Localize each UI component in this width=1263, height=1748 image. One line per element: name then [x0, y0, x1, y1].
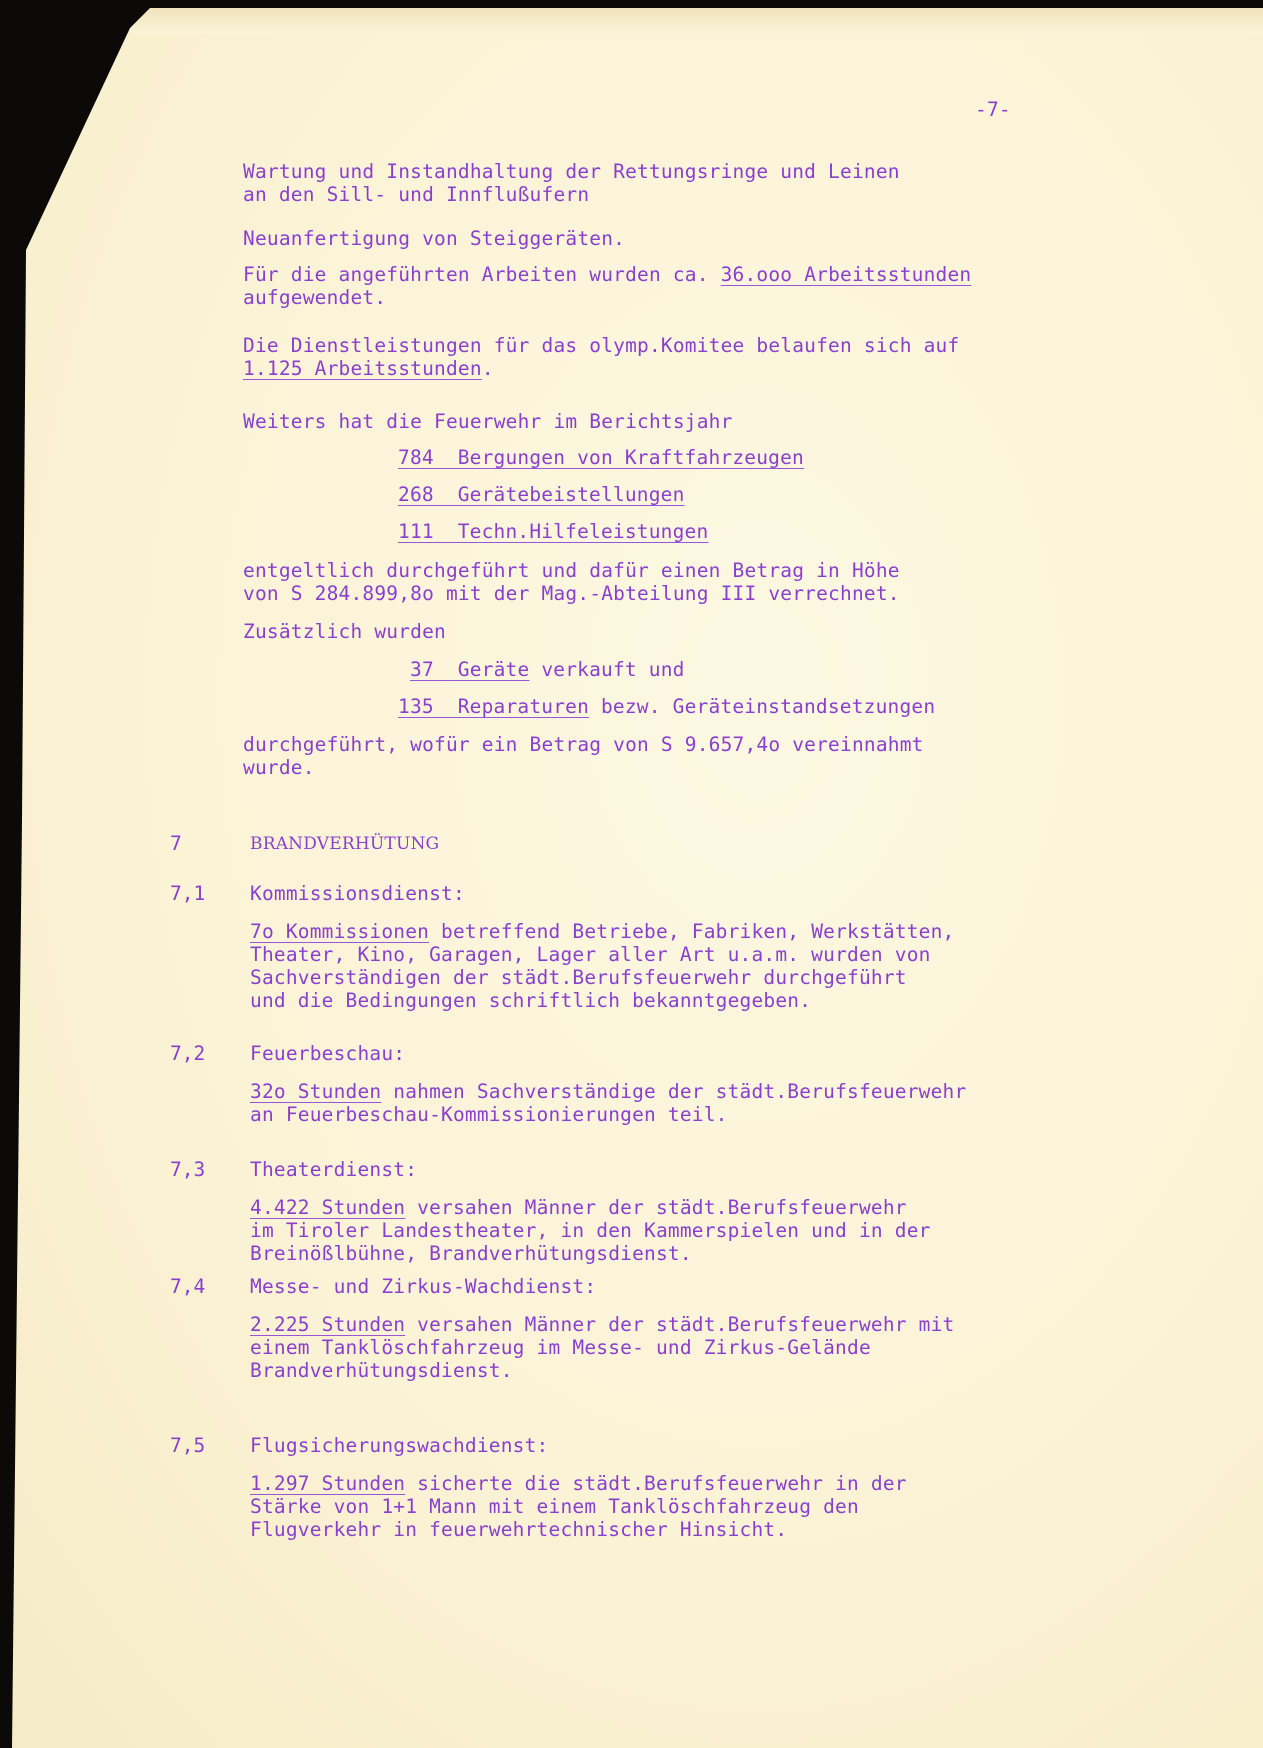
subsection-title: Kommissionsdienst: [250, 882, 465, 906]
page-fold-edge [130, 8, 1263, 34]
subsection-text: und die Bedingungen schriftlich bekanntg… [250, 989, 811, 1012]
subsection-number: 7,5 [170, 1434, 205, 1457]
intro-line: wurde. [243, 756, 315, 780]
punctuation: . [482, 357, 494, 380]
service-item: 111 Techn.Hilfeleistungen [398, 520, 708, 544]
intro-hours-line: Für die angeführten Arbeiten wurden ca. … [243, 263, 971, 287]
service-item: 784 Bergungen von Kraftfahrzeugen [398, 446, 804, 470]
service-item-text: 268 Gerätebeistellungen [398, 483, 685, 506]
subsection-text: Sachverständigen der städt.Berufsfeuerwe… [250, 966, 907, 989]
service-item-text: 111 Techn.Hilfeleistungen [398, 520, 708, 543]
intro-line: Zusätzlich wurden [243, 620, 446, 644]
subsection-title: Flugsicherungswachdienst: [250, 1434, 549, 1458]
olympic-hours: 1.125 Arbeitsstunden [243, 357, 482, 380]
subsection-line: 32o Stunden nahmen Sachverständige der s… [250, 1080, 966, 1104]
subsection-text: einem Tanklöschfahrzeug im Messe- und Zi… [250, 1336, 871, 1359]
subsection-number: 7,2 [170, 1042, 205, 1065]
subsection-line: einem Tanklöschfahrzeug im Messe- und Zi… [250, 1336, 871, 1360]
subsection-text: betreffend Betriebe, Fabriken, Werkstätt… [429, 920, 954, 943]
subsection-figure: 7o Kommissionen [250, 920, 429, 943]
subsection-text: an Feuerbeschau-Kommissionierungen teil. [250, 1103, 728, 1126]
subsection-text: Brandverhütungsdienst. [250, 1359, 513, 1382]
intro-line: Die Dienstleistungen für das olymp.Komit… [243, 334, 959, 358]
subsection-line: Theater, Kino, Garagen, Lager aller Art … [250, 943, 931, 967]
subsection-line: Brandverhütungsdienst. [250, 1359, 513, 1383]
olympic-hours-line: 1.125 Arbeitsstunden. [243, 357, 494, 381]
hours-total: 36.ooo Arbeitsstunden [721, 263, 972, 286]
sales-item-count: 135 Reparaturen [398, 695, 589, 718]
intro-line: Wartung und Instandhaltung der Rettungsr… [243, 160, 900, 184]
subsection-text: Theater, Kino, Garagen, Lager aller Art … [250, 943, 931, 966]
subsection-title: Messe- und Zirkus-Wachdienst: [250, 1275, 596, 1299]
subsection-text: nahmen Sachverständige der städt.Berufsf… [381, 1080, 966, 1103]
intro-line: Neuanfertigung von Steiggeräten. [243, 227, 625, 251]
subsection-line: im Tiroler Landestheater, in den Kammers… [250, 1219, 931, 1243]
subsection-line: Sachverständigen der städt.Berufsfeuerwe… [250, 966, 907, 990]
service-item: 268 Gerätebeistellungen [398, 483, 685, 507]
subsection-line: Stärke von 1+1 Mann mit einem Tanklöschf… [250, 1495, 859, 1519]
subsection-line: 4.422 Stunden versahen Männer der städt.… [250, 1196, 907, 1220]
intro-line: durchgeführt, wofür ein Betrag von S 9.6… [243, 733, 924, 757]
sales-item-count: 37 Geräte [410, 658, 529, 681]
subsection-line: 1.297 Stunden sicherte die städt.Berufsf… [250, 1472, 907, 1496]
subsection-line: an Feuerbeschau-Kommissionierungen teil. [250, 1103, 728, 1127]
sales-item-suffix: bezw. Geräteinstandsetzungen [589, 695, 935, 718]
subsection-line: und die Bedingungen schriftlich bekanntg… [250, 989, 811, 1013]
subsection-text: Flugverkehr in feuerwehrtechnischer Hins… [250, 1518, 787, 1541]
service-item-text: 784 Bergungen von Kraftfahrzeugen [398, 446, 804, 469]
subsection-figure: 4.422 Stunden [250, 1196, 405, 1219]
intro-line: Weiters hat die Feuerwehr im Berichtsjah… [243, 410, 733, 434]
intro-text: Für die angeführten Arbeiten wurden ca. [243, 263, 721, 286]
section-title: BRANDVERHÜTUNG [250, 832, 439, 856]
subsection-figure: 2.225 Stunden [250, 1313, 405, 1336]
subsection-line: 2.225 Stunden versahen Männer der städt.… [250, 1313, 954, 1337]
intro-line: entgeltlich durchgeführt und dafür einen… [243, 559, 900, 583]
subsection-number: 7,1 [170, 882, 205, 905]
sales-item-suffix: verkauft und [529, 658, 684, 681]
subsection-figure: 1.297 Stunden [250, 1472, 405, 1495]
subsection-title: Feuerbeschau: [250, 1042, 405, 1066]
intro-line: an den Sill- und Innflußufern [243, 183, 589, 207]
subsection-text: Breinößlbühne, Brandverhütungsdienst. [250, 1242, 692, 1265]
subsection-number: 7,4 [170, 1275, 205, 1298]
section-number: 7 [170, 832, 182, 855]
subsection-text: sicherte die städt.Berufsfeuerwehr in de… [405, 1472, 906, 1495]
subsection-title: Theaterdienst: [250, 1158, 417, 1182]
subsection-text: versahen Männer der städt.Berufsfeuerweh… [405, 1196, 906, 1219]
subsection-number: 7,3 [170, 1158, 205, 1181]
subsection-line: Breinößlbühne, Brandverhütungsdienst. [250, 1242, 692, 1266]
subsection-figure: 32o Stunden [250, 1080, 381, 1103]
subsection-text: Stärke von 1+1 Mann mit einem Tanklöschf… [250, 1495, 859, 1518]
intro-line: von S 284.899,8o mit der Mag.-Abteilung … [243, 582, 900, 606]
intro-line: aufgewendet. [243, 286, 386, 310]
subsection-text: im Tiroler Landestheater, in den Kammers… [250, 1219, 931, 1242]
sales-item: 135 Reparaturen bezw. Geräteinstandsetzu… [398, 695, 935, 719]
page-number: -7- [975, 98, 1011, 122]
sales-item: 37 Geräte verkauft und [410, 658, 685, 682]
subsection-text: versahen Männer der städt.Berufsfeuerweh… [405, 1313, 954, 1336]
subsection-line: Flugverkehr in feuerwehrtechnischer Hins… [250, 1518, 787, 1542]
subsection-line: 7o Kommissionen betreffend Betriebe, Fab… [250, 920, 954, 944]
